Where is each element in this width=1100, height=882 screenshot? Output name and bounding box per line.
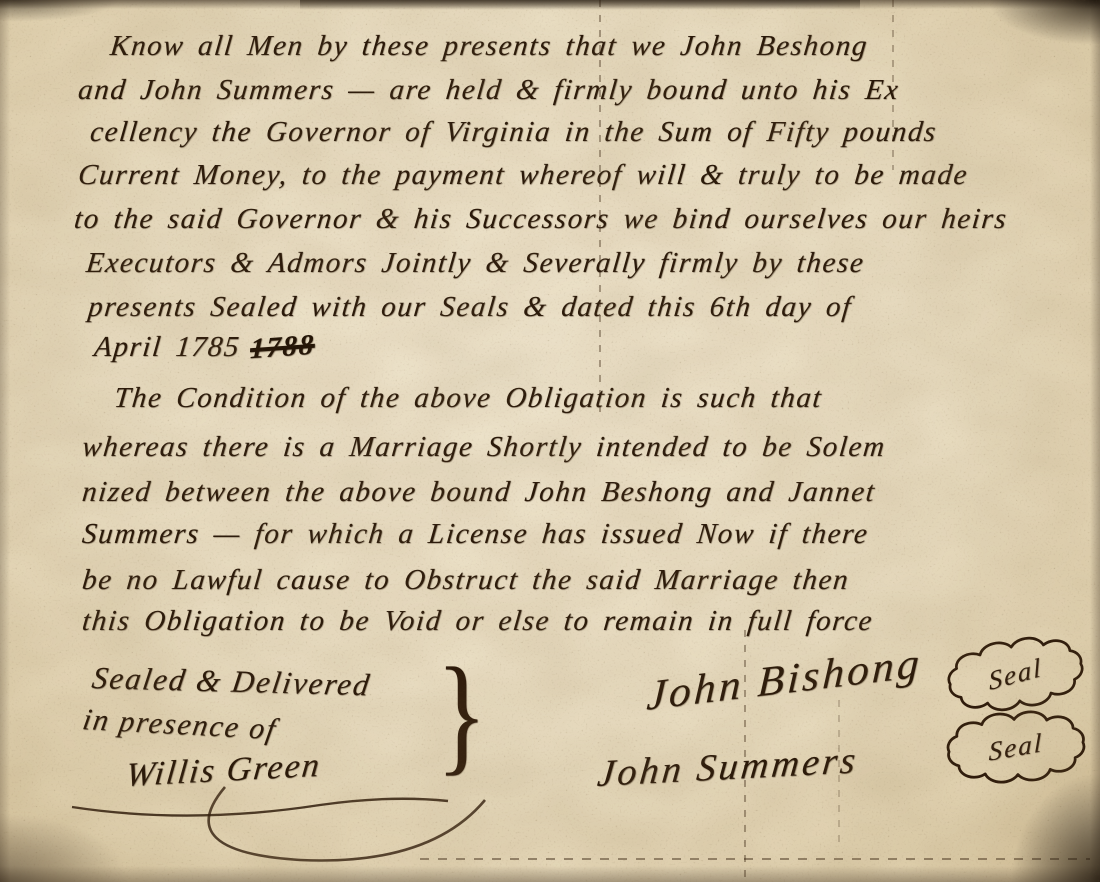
date-text: April 1785 xyxy=(93,331,242,363)
attestation-line: Sealed & Delivered xyxy=(90,660,374,703)
edge-stain xyxy=(0,812,130,882)
manuscript-line: and John Summers — are held & firmly bou… xyxy=(77,74,901,107)
manuscript-line: Current Money, to the payment whereof wi… xyxy=(77,159,970,192)
seal-stamp: Seal xyxy=(940,705,1093,789)
edge-stain xyxy=(300,0,860,10)
edge-stain xyxy=(1010,772,1100,882)
signer-signature: John Bishong xyxy=(645,639,923,721)
signature-flourish-icon xyxy=(70,795,450,825)
manuscript-line: Summers — for which a License has issued… xyxy=(81,518,871,551)
manuscript-line: whereas there is a Marriage Shortly inte… xyxy=(81,431,888,464)
manuscript-line: this Obligation to be Void or else to re… xyxy=(81,605,875,638)
edge-stain xyxy=(0,0,120,22)
pen-arc-icon xyxy=(180,782,500,877)
manuscript-line: presents Sealed with our Seals & dated t… xyxy=(87,291,854,324)
manuscript-line: be no Lawful cause to Obstruct the said … xyxy=(81,564,851,597)
manuscript-line: Know all Men by these presents that we J… xyxy=(109,30,870,63)
attestation-line: in presence of xyxy=(80,703,280,747)
manuscript-scan: Know all Men by these presents that we J… xyxy=(0,0,1100,882)
witness-signature: Willis Green xyxy=(124,747,323,795)
manuscript-line: The Condition of the above Obligation is… xyxy=(113,382,824,415)
manuscript-line: Executors & Admors Jointly & Severally f… xyxy=(85,247,867,280)
struck-year: 1788 xyxy=(249,329,315,366)
fold-crease xyxy=(420,858,1090,860)
date-line: April 17851788 xyxy=(93,331,317,364)
edge-stain xyxy=(990,0,1100,44)
brace-flourish: } xyxy=(436,648,487,780)
manuscript-line: cellency the Governor of Virginia in the… xyxy=(89,116,939,149)
manuscript-line: nized between the above bound John Besho… xyxy=(81,476,878,509)
manuscript-line: to the said Governor & his Successors we… xyxy=(73,203,1010,236)
signer-signature: John Summers xyxy=(595,738,860,795)
